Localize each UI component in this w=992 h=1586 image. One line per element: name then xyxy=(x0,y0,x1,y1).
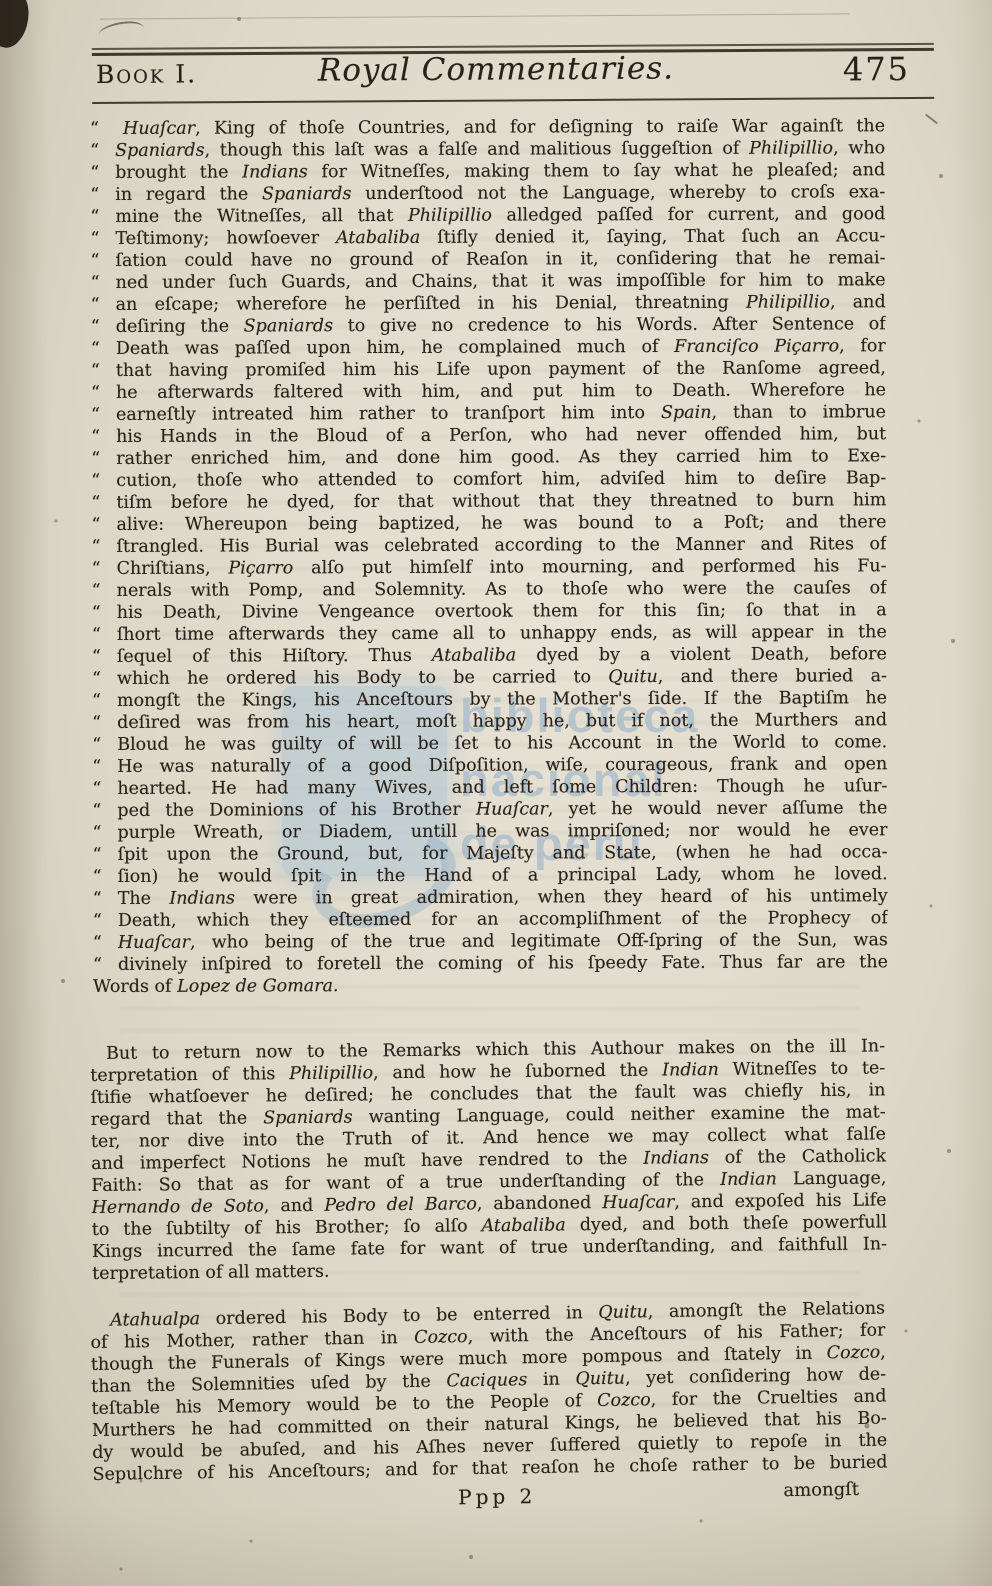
text-line: Chriſtians, Piçarro alſo put himſelf int… xyxy=(117,555,887,580)
quote-mark: “ xyxy=(93,932,102,954)
header-rule-bottom xyxy=(92,97,934,104)
quote-line: “Huaſcar, who being of the true and legi… xyxy=(93,929,888,954)
quote-line: “his Hands in the Bloud of a Perſon, who… xyxy=(91,423,886,448)
page-footer: Ppp 2 amongſt xyxy=(90,1479,885,1517)
quote-mark: “ xyxy=(92,580,101,602)
text-line: brought the Indians for Witneſſes, makin… xyxy=(115,159,885,184)
text-line: in regard the Spaniards underſtood not t… xyxy=(115,181,885,206)
text-line: ned under ſuch Guards, and Chains, that … xyxy=(116,269,886,294)
text-line: divinely inſpired to foretell the coming… xyxy=(118,951,888,976)
text-line: Huaſcar, who being of the true and legit… xyxy=(118,929,888,954)
quote-line: “cution, thoſe who attended to comfort h… xyxy=(91,467,886,492)
quote-line: “alive: Whereupon being baptized, he was… xyxy=(91,511,886,536)
quote-mark: “ xyxy=(91,272,100,294)
top-hairline-mark xyxy=(100,13,850,19)
text-line: Huaſcar, King of thoſe Countries, and fo… xyxy=(115,115,885,140)
quote-line: “purple Wreath, or Diadem, untill he was… xyxy=(92,819,887,844)
quote-line: “mongſt the Kings, his Anceſtours by the… xyxy=(92,687,887,712)
quote-line: “his Death, Divine Vengeance overtook th… xyxy=(92,599,887,624)
text-line: Words of Lopez de Gomara. xyxy=(93,973,888,998)
text-line: deſired was from his heart, moſt happy h… xyxy=(117,709,887,734)
quote-mark: “ xyxy=(90,184,99,206)
quote-mark: “ xyxy=(93,866,102,888)
quote-mark: “ xyxy=(91,426,100,448)
text-line: ſpit upon the Ground, but, for Majeſty a… xyxy=(118,841,888,866)
quote-line: “deſiring the Spaniards to give no crede… xyxy=(91,313,886,338)
quote-mark: “ xyxy=(90,206,99,228)
quote-mark: “ xyxy=(91,492,100,514)
quote-mark: “ xyxy=(90,228,99,250)
quote-line: “divinely inſpired to foretell the comin… xyxy=(93,951,888,976)
text-line: his Hands in the Bloud of a Perſon, who … xyxy=(116,423,886,448)
quote-line: “which he ordered his Body to be carried… xyxy=(92,665,887,690)
text-line: rather enriched him, and done him good. … xyxy=(116,445,886,470)
quote-line: “hearted. He had many Wives, and left ſo… xyxy=(92,775,887,800)
quote-line: “deſired was from his heart, moſt happy … xyxy=(92,709,887,734)
quote-mark: “ xyxy=(92,800,101,822)
quote-mark: “ xyxy=(92,646,101,668)
text-line: ſion) he would ſpit in the Hand of a pri… xyxy=(118,863,888,888)
quote-line: “in regard the Spaniards underſtood not … xyxy=(90,181,885,206)
quote-mark: “ xyxy=(92,624,101,646)
quote-line: “Teſtimony; howſoever Atabaliba ſtifly d… xyxy=(90,225,885,250)
text-line: which he ordered his Body to be carried … xyxy=(117,665,887,690)
quote-mark: “ xyxy=(90,250,99,272)
quote-line: “ned under ſuch Guards, and Chains, that… xyxy=(91,269,886,294)
quote-mark: “ xyxy=(92,668,101,690)
quote-line: “earneſtly intreated him rather to tranſ… xyxy=(91,401,886,426)
text-line: his Death, Divine Vengeance overtook the… xyxy=(117,599,887,624)
signature-mark: Ppp 2 xyxy=(458,1484,537,1509)
text-line: Spaniards, though this laſt was a falſe … xyxy=(115,137,885,162)
quote-line: “ſion) he would ſpit in the Hand of a pr… xyxy=(93,863,888,888)
quote-line: “brought the Indians for Witneſſes, maki… xyxy=(90,159,885,184)
text-line: tiſm before he dyed, for that without th… xyxy=(116,489,886,514)
quote-mark: “ xyxy=(91,360,100,382)
quote-line: “Death was paſſed upon him, he complaine… xyxy=(91,335,886,360)
running-title: Royal Commentaries. xyxy=(318,50,674,88)
quote-mark: “ xyxy=(93,954,102,976)
quote-mark: “ xyxy=(92,712,101,734)
quote-mark: “ xyxy=(90,162,99,184)
quote-mark: “ xyxy=(92,822,101,844)
text-line: ſequel of this Hiſtory. Thus Atabaliba d… xyxy=(117,643,887,668)
quote-line: “tiſm before he dyed, for that without t… xyxy=(91,489,886,514)
quote-line: “ſpit upon the Ground, but, for Majeſty … xyxy=(93,841,888,866)
corner-ink-mark xyxy=(0,0,34,51)
quote-line: “The Indians were in great admiration, w… xyxy=(93,885,888,910)
quote-mark: “ xyxy=(93,888,102,910)
quote-mark: “ xyxy=(92,734,101,756)
text-line: nerals with Pomp, and Solemnity. As to t… xyxy=(117,577,887,602)
quote-line: “nerals with Pomp, and Solemnity. As to … xyxy=(92,577,887,602)
text-line: he afterwards faltered with him, and put… xyxy=(116,379,886,404)
quote-mark: “ xyxy=(91,404,100,426)
text-line: ſtrangled. His Burial was celebrated acc… xyxy=(116,533,886,558)
text-line: ſation could have no ground of Reaſon in… xyxy=(115,247,885,272)
atahualpa-paragraph: Atahualpa ordered his Body to be enterre… xyxy=(90,1298,888,1486)
quote-mark: “ xyxy=(91,338,100,360)
quote-line: “Huaſcar, King of thoſe Countries, and f… xyxy=(90,115,885,140)
text-line: Death, which they eſteemed for an accomp… xyxy=(118,907,888,932)
quote-line: “ſhort time afterwards they came all to … xyxy=(92,621,887,646)
quote-line: “that having promiſed him his Life upon … xyxy=(91,357,886,382)
text-line: ped the Dominions of his Brother Huaſcar… xyxy=(117,797,887,822)
quote-mark: “ xyxy=(91,514,100,536)
quote-line: “ped the Dominions of his Brother Huaſca… xyxy=(92,797,887,822)
page-header: Book I. Royal Commentaries. 475 xyxy=(92,35,934,110)
quote-mark: “ xyxy=(91,316,100,338)
pen-squiggle-mark xyxy=(98,20,145,36)
quote-mark: “ xyxy=(91,382,100,404)
quote-line: “He was naturally of a good Diſpoſition,… xyxy=(92,753,887,778)
quote-mark: “ xyxy=(92,602,101,624)
quote-mark: “ xyxy=(91,536,100,558)
text-line: ſhort time afterwards they came all to u… xyxy=(117,621,887,646)
text-line: mine the Witneſſes, all that Philipillio… xyxy=(115,203,885,228)
quote-line: “he afterwards faltered with him, and pu… xyxy=(91,379,886,404)
page-number: 475 xyxy=(843,50,910,88)
text-line: that having promiſed him his Life upon p… xyxy=(116,357,886,382)
text-line: alive: Whereupon being baptized, he was … xyxy=(116,511,886,536)
quote-line: “Spaniards, though this laſt was a falſe… xyxy=(90,137,885,162)
quote-line: “mine the Witneſſes, all that Philipilli… xyxy=(90,203,885,228)
text-line: purple Wreath, or Diadem, untill he was … xyxy=(117,819,887,844)
text-line: Teſtimony; howſoever Atabaliba ſtifly de… xyxy=(115,225,885,250)
quote-line: “rather enriched him, and done him good.… xyxy=(91,445,886,470)
quote-mark: “ xyxy=(92,756,101,778)
quote-mark: “ xyxy=(91,294,100,316)
quote-line: “Death, which they eſteemed for an accom… xyxy=(93,907,888,932)
remarks-paragraph: But to return now to the Remarks which t… xyxy=(90,1035,887,1285)
quote-mark: “ xyxy=(93,910,102,932)
quote-mark: “ xyxy=(92,778,101,800)
paper-speckles xyxy=(0,0,2,2)
quote-mark: “ xyxy=(91,470,100,492)
text-line: deſiring the Spaniards to give no creden… xyxy=(116,313,886,338)
quote-line: “ſation could have no ground of Reaſon i… xyxy=(90,247,885,272)
text-line: earneſtly intreated him rather to tranſp… xyxy=(116,401,886,426)
quote-line: “ſequel of this Hiſtory. Thus Atabaliba … xyxy=(92,643,887,668)
text-line: He was naturally of a good Diſpoſition, … xyxy=(117,753,887,778)
text-line: an eſcape; wherefore he perſiſted in his… xyxy=(116,291,886,316)
quoted-passage: “Huaſcar, King of thoſe Countries, and f… xyxy=(90,115,888,998)
quote-line: “Chriſtians, Piçarro alſo put himſelf in… xyxy=(92,555,887,580)
quote-mark: “ xyxy=(93,844,102,866)
quote-mark: “ xyxy=(91,448,100,470)
quote-mark: “ xyxy=(90,118,99,140)
catchword: amongſt xyxy=(783,1479,859,1501)
text-line: mongſt the Kings, his Anceſtours by the … xyxy=(117,687,887,712)
quote-line: “Bloud he was guilty of will be ſet to h… xyxy=(92,731,887,756)
margin-pen-tick xyxy=(925,114,938,125)
quote-mark: “ xyxy=(90,140,99,162)
quote-mark: “ xyxy=(92,690,101,712)
text-line: hearted. He had many Wives, and left ſom… xyxy=(117,775,887,800)
book-page-scan: bibliotecanacionalde perú Book I. Royal … xyxy=(0,0,992,1586)
text-line: cution, thoſe who attended to comfort hi… xyxy=(116,467,886,492)
quote-line: “ſtrangled. His Burial was celebrated ac… xyxy=(91,533,886,558)
quote-line: “an eſcape; wherefore he perſiſted in hi… xyxy=(91,291,886,316)
text-line: Death was paſſed upon him, he complained… xyxy=(116,335,886,360)
quote-mark: “ xyxy=(92,558,101,580)
text-line: The Indians were in great admiration, wh… xyxy=(118,885,888,910)
book-label: Book I. xyxy=(96,59,197,89)
text-line: Bloud he was guilty of will be ſet to hi… xyxy=(117,731,887,756)
